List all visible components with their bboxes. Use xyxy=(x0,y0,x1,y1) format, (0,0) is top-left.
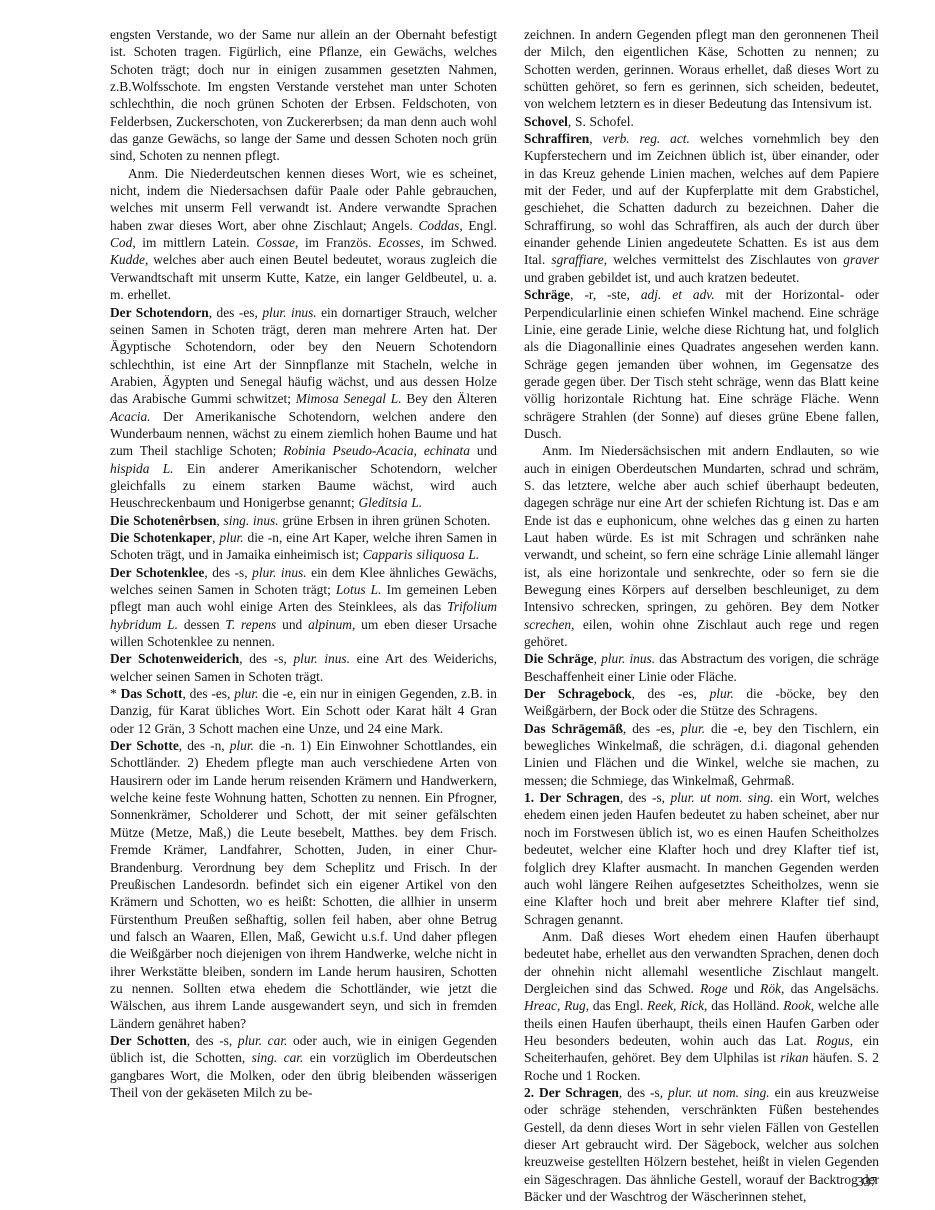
body-text: , welches vermittelst des Zischlautes vo… xyxy=(604,252,844,267)
italic-term: verb. reg. act. xyxy=(602,131,689,146)
body-text: , xyxy=(589,131,602,146)
italic-term: plur. ut nom. sing. xyxy=(668,1085,770,1100)
entry-paragraph: Der Schotenweiderich, des -s, plur. inus… xyxy=(110,650,497,685)
body-text: , -r, -ste, xyxy=(570,287,641,302)
body-text: , des -es, xyxy=(209,305,263,320)
dictionary-page: engsten Verstande, wo der Same nur allei… xyxy=(0,0,935,1210)
headword: 1. Der Schragen xyxy=(524,790,620,805)
body-text: ein Wort, welches ehedem einen jeden Hau… xyxy=(524,790,879,926)
body-text: Bey den Älteren xyxy=(402,391,497,406)
entry-paragraph: 2. Der Schragen, des -s, plur. ut nom. s… xyxy=(524,1084,879,1205)
entry-paragraph: Schovel, S. Schofel. xyxy=(524,113,879,130)
entry-paragraph: Anm. Die Niederdeutschen kennen dieses W… xyxy=(110,165,497,304)
entry-paragraph: Schräge, -r, -ste, adj. et adv. mit der … xyxy=(524,286,879,442)
body-text: , S. Schofel. xyxy=(568,114,634,129)
body-text: , des -es, xyxy=(632,686,710,701)
entry-paragraph: Der Schotendorn, des -es, plur. inus. ei… xyxy=(110,304,497,512)
italic-term: plur. inus. xyxy=(601,651,655,666)
italic-term: plur. inus. xyxy=(252,565,306,580)
headword: Der Schotenklee xyxy=(110,565,204,580)
right-column: zeichnen. In andern Gegenden pflegt man … xyxy=(524,26,879,1205)
body-text: , im Französ. xyxy=(295,235,378,250)
body-text: , das Holländ. xyxy=(704,998,783,1013)
headword: Das Schrāgemāß xyxy=(524,721,623,736)
italic-term: Capparis siliquosa L. xyxy=(363,547,480,562)
body-text: Anm. Im Niedersächsischen mit andern End… xyxy=(524,443,879,614)
body-text: , welches aber auch einen Beutel bedeute… xyxy=(110,252,497,302)
entry-paragraph: Die Schräge, plur. inus. das Abstractum … xyxy=(524,650,879,685)
text-columns: engsten Verstande, wo der Same nur allei… xyxy=(110,26,879,1205)
headword: Der Schragebock xyxy=(524,686,632,701)
body-text: , des -s, xyxy=(619,1085,668,1100)
body-text: , des -s, xyxy=(620,790,671,805)
italic-term: Mimosa Senegal L. xyxy=(296,391,402,406)
page-number: 337 xyxy=(857,1174,877,1190)
headword: Schraffiren xyxy=(524,131,589,146)
body-text: , des -es, xyxy=(182,686,234,701)
body-text: mit der Horizontal- oder Perpendicularli… xyxy=(524,287,879,441)
entry-paragraph: engsten Verstande, wo der Same nur allei… xyxy=(110,26,497,165)
italic-term: screchen xyxy=(524,617,571,632)
entry-paragraph: Der Schotenklee, des -s, plur. inus. ein… xyxy=(110,564,497,651)
body-text: , im Schwed. xyxy=(421,235,497,250)
italic-term: Reek, Rick xyxy=(647,998,704,1013)
italic-term: adj. et adv. xyxy=(641,287,715,302)
body-text: , des -es, xyxy=(623,721,681,736)
body-text: , eilen, wohin ohne Zischlaut auch rege … xyxy=(524,617,879,649)
entry-paragraph: 1. Der Schragen, des -s, plur. ut nom. s… xyxy=(524,789,879,928)
italic-term: Hreac, Rug xyxy=(524,998,586,1013)
headword: Schräge xyxy=(524,287,570,302)
entry-paragraph: zeichnen. In andern Gegenden pflegt man … xyxy=(524,26,879,113)
italic-term: Robinia Pseudo-Acacia, echinata xyxy=(283,443,470,458)
italic-term: Coddas xyxy=(418,218,459,233)
headword: 2. Der Schragen xyxy=(524,1085,619,1100)
headword: Schovel xyxy=(524,114,568,129)
italic-term: plur. inus. xyxy=(262,305,316,320)
body-text: und xyxy=(470,443,497,458)
body-text: , des -s, xyxy=(239,651,293,666)
entry-paragraph: Anm. Daß dieses Wort ehedem einen Haufen… xyxy=(524,928,879,1084)
italic-term: sing. inus. xyxy=(224,513,279,528)
body-text: und xyxy=(276,617,308,632)
body-text: , das Engl. xyxy=(586,998,647,1013)
italic-term: hispida L. xyxy=(110,461,174,476)
italic-term: alpinum xyxy=(308,617,352,632)
entry-paragraph: * Das Schott, des -es, plur. die -e, ein… xyxy=(110,685,497,737)
body-text: , Engl. xyxy=(459,218,497,233)
body-text: , des -s, xyxy=(187,1033,238,1048)
headword: Die Schotenêrbsen xyxy=(110,513,216,528)
italic-term: rikan xyxy=(780,1050,808,1065)
body-text: zeichnen. In andern Gegenden pflegt man … xyxy=(524,27,879,111)
italic-term: Cossae xyxy=(256,235,295,250)
body-text: , xyxy=(216,513,223,528)
headword: Der Schotenweiderich xyxy=(110,651,239,666)
italic-term: sgraffiare xyxy=(551,252,603,267)
body-text: welches vornehmlich bey den Kupfersteche… xyxy=(524,131,879,267)
italic-term: Cod xyxy=(110,235,132,250)
italic-term: graver xyxy=(843,252,879,267)
headword: Das Schott xyxy=(121,686,183,701)
italic-term: Lotus L. xyxy=(336,582,382,597)
body-text: ein aus kreuzweise oder schräge stehende… xyxy=(524,1085,879,1204)
italic-term: Rogus xyxy=(816,1033,849,1048)
italic-term: Kudde xyxy=(110,252,145,267)
italic-term: sing. car. xyxy=(252,1050,304,1065)
entry-paragraph: Anm. Im Niedersächsischen mit andern End… xyxy=(524,442,879,650)
left-column: engsten Verstande, wo der Same nur allei… xyxy=(110,26,497,1205)
headword: Der Schotten xyxy=(110,1033,187,1048)
italic-term: plur. xyxy=(681,721,705,736)
body-text: dessen xyxy=(178,617,225,632)
body-text: , des -s, xyxy=(204,565,252,580)
italic-term: Rök xyxy=(760,981,781,996)
italic-term: Ecosses xyxy=(378,235,420,250)
body-text: , des -n, xyxy=(179,738,230,753)
headword: Die Schräge xyxy=(524,651,594,666)
italic-term: Rook xyxy=(783,998,811,1013)
body-text: und xyxy=(728,981,761,996)
body-text: und graben gebildet ist, und auch kratze… xyxy=(524,270,799,285)
body-text: , im mittlern Latein. xyxy=(132,235,256,250)
body-text: engsten Verstande, wo der Same nur allei… xyxy=(110,27,497,163)
italic-term: plur. car. xyxy=(238,1033,288,1048)
entry-paragraph: Der Schragebock, des -es, plur. die -böc… xyxy=(524,685,879,720)
headword: Der Schotendorn xyxy=(110,305,209,320)
entry-paragraph: Die Schotenkaper, plur. die -n, eine Art… xyxy=(110,529,497,564)
italic-term: Acacia. xyxy=(110,409,151,424)
italic-term: plur. xyxy=(234,686,258,701)
headword: Der Schotte xyxy=(110,738,179,753)
headword: Die Schotenkaper xyxy=(110,530,212,545)
body-text: die -n. 1) Ein Einwohner Schottlandes, e… xyxy=(110,738,497,1031)
italic-term: plur. xyxy=(710,686,734,701)
italic-term: Gleditsia L. xyxy=(359,495,423,510)
italic-term: T. repens xyxy=(225,617,276,632)
italic-term: Roge xyxy=(700,981,728,996)
entry-paragraph: Der Schotten, des -s, plur. car. oder au… xyxy=(110,1032,497,1101)
italic-term: plur. xyxy=(219,530,243,545)
italic-term: plur. inus. xyxy=(293,651,350,666)
italic-term: plur. xyxy=(230,738,254,753)
body-text: grüne Erbsen in ihren grünen Schoten. xyxy=(279,513,491,528)
entry-paragraph: Der Schotte, des -n, plur. die -n. 1) Ei… xyxy=(110,737,497,1032)
entry-paragraph: Die Schotenêrbsen, sing. inus. grüne Erb… xyxy=(110,512,497,529)
body-text: , xyxy=(594,651,602,666)
body-text: * xyxy=(110,686,121,701)
body-text: , das Angelsächs. xyxy=(781,981,879,996)
entry-paragraph: Das Schrāgemāß, des -es, plur. die -e, b… xyxy=(524,720,879,789)
entry-paragraph: Schraffiren, verb. reg. act. welches vor… xyxy=(524,130,879,286)
italic-term: plur. ut nom. sing. xyxy=(670,790,773,805)
